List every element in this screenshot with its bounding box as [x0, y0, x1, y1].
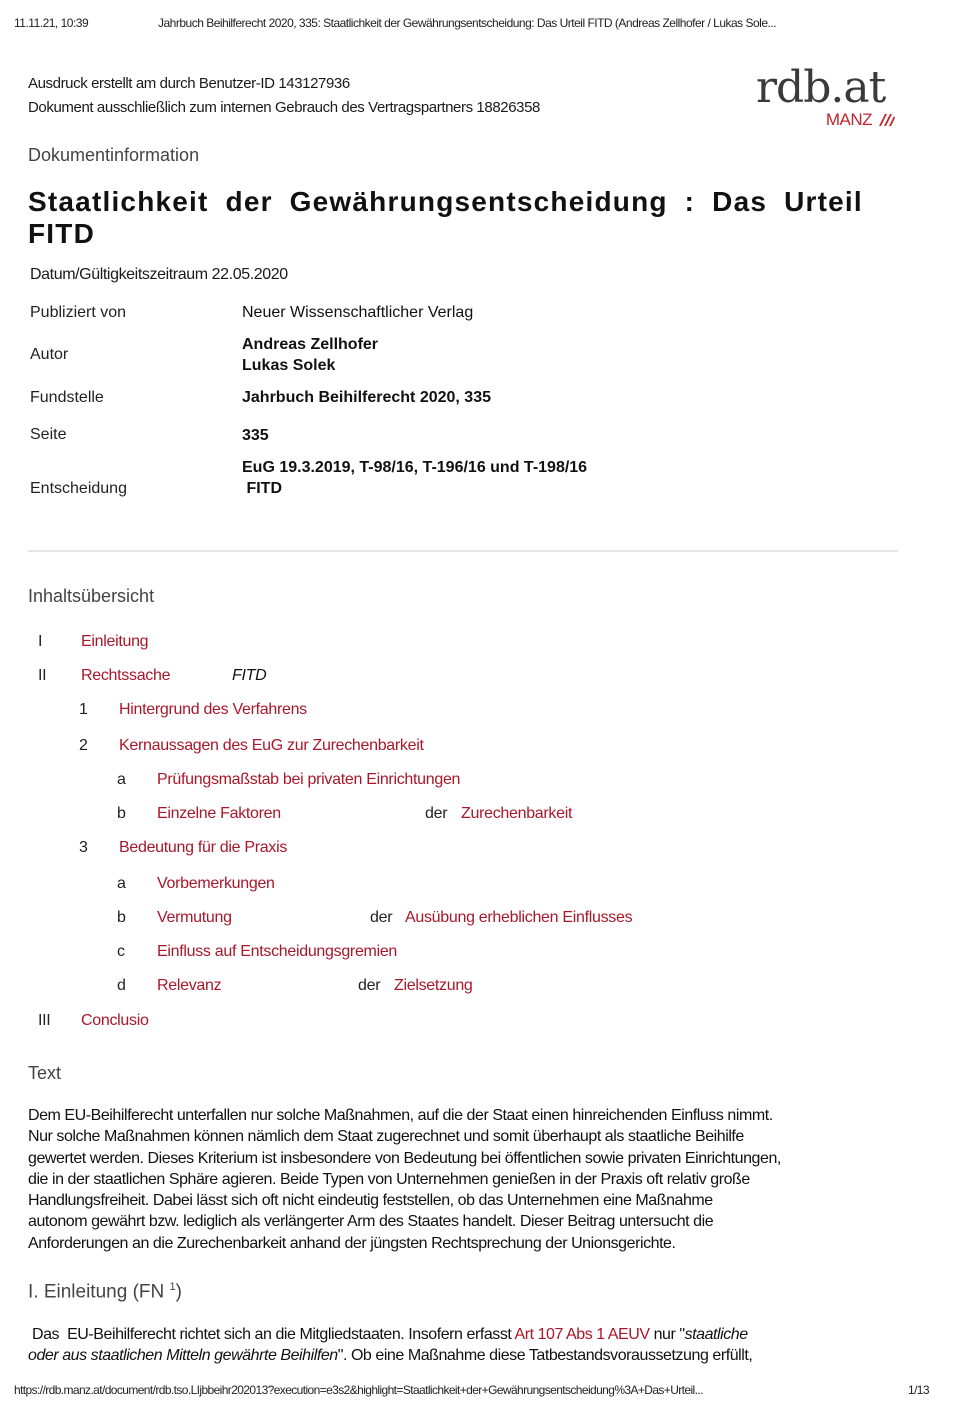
print-created-by: Ausdruck erstellt am durch Benutzer-ID 1…: [28, 75, 350, 92]
document-title: Staatlichkeit der Gewährungsentscheidung…: [28, 186, 908, 250]
toc-connector: der: [358, 977, 380, 995]
heading-text: I. Einleitung (FN: [28, 1281, 170, 1302]
toc-link-hintergrund[interactable]: Hintergrund des Verfahrens: [119, 701, 307, 719]
toc-link-rechtssache[interactable]: Rechtssache: [81, 667, 170, 685]
abstract-line: Anforderungen an die Zurechenbarkeit anh…: [28, 1233, 908, 1254]
intro-paragraph: Das EU-Beihilferecht richtet sich an die…: [28, 1324, 908, 1367]
info-value-decision-1: EuG 19.3.2019, T-98/16, T-196/16 und T-1…: [242, 457, 587, 478]
toc-number: II: [38, 667, 46, 685]
toc-link-conclusio[interactable]: Conclusio: [81, 1012, 149, 1030]
abstract-line: Nur solche Maßnahmen können nämlich dem …: [28, 1126, 908, 1147]
info-value-decision-2: FITD: [242, 478, 282, 499]
info-value-author-1: Andreas Zellhofer: [242, 334, 378, 355]
info-label-publisher: Publiziert von: [30, 304, 126, 322]
toc-number: III: [38, 1012, 50, 1030]
abstract-line: Dem EU-Beihilferecht unterfallen nur sol…: [28, 1105, 908, 1126]
info-value-page: 335: [242, 425, 269, 446]
info-value-publisher: Neuer Wissenschaftlicher Verlag: [242, 302, 473, 323]
intro-quote: staatliche: [685, 1326, 748, 1343]
logo-text: rdb.at: [756, 62, 885, 113]
toc-number: 3: [79, 839, 88, 857]
intro-text: nur ": [650, 1326, 685, 1343]
law-link-art-107[interactable]: Art 107 Abs 1 AEUV: [514, 1326, 649, 1343]
abstract: Dem EU-Beihilferecht unterfallen nur sol…: [28, 1105, 908, 1254]
info-label-source: Fundstelle: [30, 389, 104, 407]
toc-number: a: [117, 771, 126, 789]
toc-number: b: [117, 805, 126, 823]
toc-number: d: [117, 977, 126, 995]
toc-link-vermutung[interactable]: Vermutung: [157, 909, 232, 927]
toc-link-pruefungsmassstab[interactable]: Prüfungsmaßstab bei privaten Einrichtung…: [157, 771, 460, 789]
toc-number: a: [117, 875, 126, 893]
toc-number: 2: [79, 737, 88, 755]
toc-link-relevanz[interactable]: Relevanz: [157, 977, 221, 995]
section-heading-einleitung: I. Einleitung (FN 1): [28, 1281, 182, 1303]
intro-text: ". Ob eine Maßnahme diese Tatbestandsvor…: [338, 1347, 753, 1364]
print-title: Jahrbuch Beihilferecht 2020, 335: Staatl…: [158, 16, 776, 30]
intro-line-2: oder aus staatlichen Mitteln gewährte Be…: [28, 1345, 908, 1366]
intro-quote: oder aus staatlichen Mitteln gewährte Be…: [28, 1347, 338, 1364]
info-value-source: Jahrbuch Beihilferecht 2020, 335: [242, 387, 491, 408]
abstract-line: autonom gewährt bzw. lediglich als verlä…: [28, 1211, 908, 1232]
toc-link-einleitung[interactable]: Einleitung: [81, 633, 148, 651]
toc-connector: der: [425, 805, 447, 823]
abstract-line: Handlungsfreiheit. Dabei lässt sich oft …: [28, 1190, 908, 1211]
validity-date: Datum/Gültigkeitszeitraum 22.05.2020: [30, 266, 288, 284]
toc-link-bedeutung[interactable]: Bedeutung für die Praxis: [119, 839, 287, 857]
document-title-line1: Staatlichkeit der Gewährungsentscheidung…: [28, 186, 908, 218]
manz-mark-icon: [878, 113, 896, 127]
toc-link-zurechenbarkeit[interactable]: Zurechenbarkeit: [461, 805, 572, 823]
toc-connector: der: [370, 909, 392, 927]
info-label-decision: Entscheidung: [30, 480, 127, 498]
document-title-line2: FITD: [28, 218, 908, 250]
toc-link-einzelne-faktoren[interactable]: Einzelne Faktoren: [157, 805, 281, 823]
intro-line-1: Das EU-Beihilferecht richtet sich an die…: [28, 1324, 908, 1345]
toc-link-einfluss[interactable]: Einfluss auf Entscheidungsgremien: [157, 943, 397, 961]
toc-link-vorbemerkungen[interactable]: Vorbemerkungen: [157, 875, 275, 893]
intro-text: Das EU-Beihilferecht richtet sich an die…: [28, 1326, 514, 1343]
heading-close: ): [176, 1281, 182, 1302]
page-number: 1/13: [908, 1383, 929, 1397]
info-value-author-2: Lukas Solek: [242, 355, 335, 376]
abstract-line: die in der staatlichen Sphäre agieren. B…: [28, 1169, 908, 1190]
toc-number: b: [117, 909, 126, 927]
rdb-logo[interactable]: rdb.at MANZ: [752, 62, 902, 134]
toc-number: I: [38, 633, 42, 651]
info-label-page: Seite: [30, 426, 66, 444]
abstract-line: gewertet werden. Dieses Kriterium ist in…: [28, 1148, 908, 1169]
toc-link-zielsetzung[interactable]: Zielsetzung: [394, 977, 473, 995]
toc-number: 1: [79, 701, 88, 719]
info-label-author: Autor: [30, 346, 68, 364]
toc-link-ausuebung[interactable]: Ausübung erheblichen Einflusses: [405, 909, 632, 927]
toc-link-kernaussagen[interactable]: Kernaussagen des EuG zur Zurechenbarkeit: [119, 737, 424, 755]
section-label-toc: Inhaltsübersicht: [28, 586, 154, 607]
print-datetime: 11.11.21, 10:39: [14, 16, 88, 30]
section-label-text: Text: [28, 1063, 61, 1084]
divider: [28, 550, 898, 552]
section-label-document-info: Dokumentinformation: [28, 145, 199, 166]
logo-manz-text: MANZ: [826, 110, 872, 130]
toc-italic-fitd: FITD: [232, 667, 266, 685]
toc-number: c: [117, 943, 125, 961]
internal-use-notice: Dokument ausschließlich zum internen Geb…: [28, 99, 540, 116]
document-url: https://rdb.manz.at/document/rdb.tso.LIj…: [14, 1383, 703, 1397]
